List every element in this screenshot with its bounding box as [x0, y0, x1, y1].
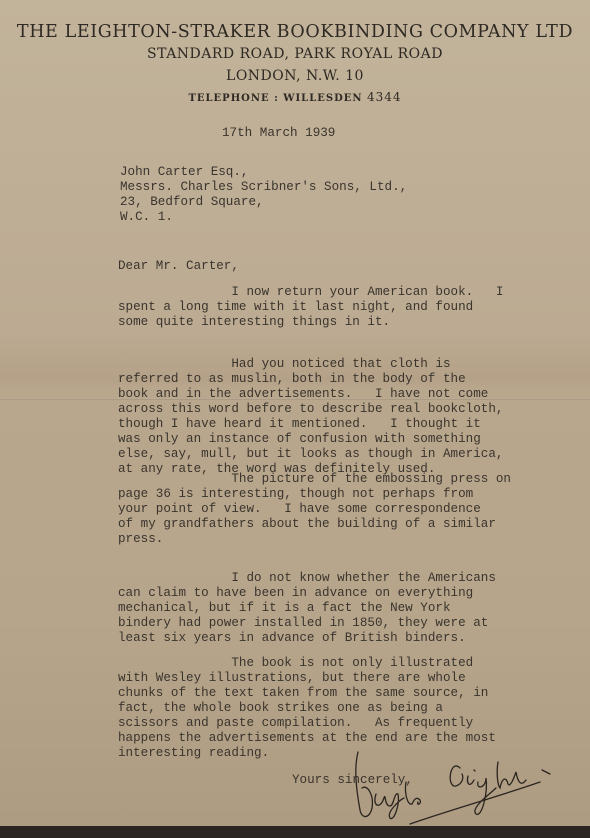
paragraph-2: Had you noticed that cloth is referred t… — [118, 357, 503, 477]
letter-date: 17th March 1939 — [222, 126, 335, 141]
telephone-number: 4344 — [367, 90, 402, 104]
recipient-street: 23, Bedford Square, — [120, 195, 407, 210]
letterhead-address-line1: STANDARD ROAD, PARK ROYAL ROAD — [0, 46, 590, 62]
handwritten-signature — [350, 748, 560, 826]
letterhead-telephone: TELEPHONE : WILLESDEN 4344 — [0, 90, 590, 104]
paragraph-4: I do not know whether the Americans can … — [118, 571, 496, 646]
paragraph-3: The picture of the embossing press on pa… — [118, 472, 511, 547]
salutation: Dear Mr. Carter, — [118, 259, 239, 274]
letterhead-address-line2: LONDON, N.W. 10 — [0, 68, 590, 84]
recipient-postcode: W.C. 1. — [120, 210, 407, 225]
recipient-firm: Messrs. Charles Scribner's Sons, Ltd., — [120, 180, 407, 195]
paragraph-1: I now return your American book. I spent… — [118, 285, 503, 330]
telephone-label: TELEPHONE : WILLESDEN — [188, 93, 362, 104]
recipient-name: John Carter Esq., — [120, 165, 407, 180]
recipient-address: John Carter Esq.,Messrs. Charles Scribne… — [120, 165, 407, 225]
letterhead-company: THE LEIGHTON-STRAKER BOOKBINDING COMPANY… — [0, 22, 590, 42]
letter-page: THE LEIGHTON-STRAKER BOOKBINDING COMPANY… — [0, 0, 590, 826]
paragraph-5: The book is not only illustrated with We… — [118, 656, 496, 761]
